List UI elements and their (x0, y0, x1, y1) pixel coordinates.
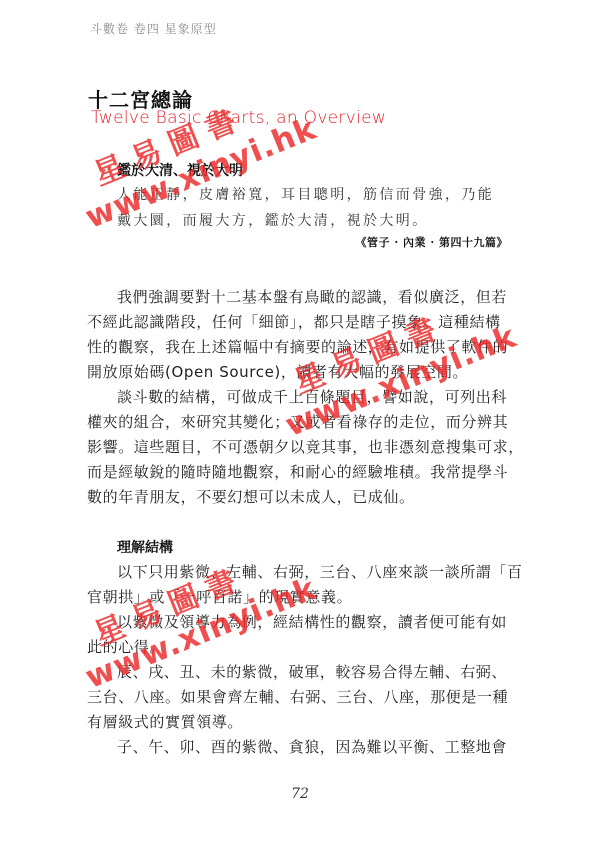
epigraph-line: 戴大圜，而履大方，鑑於大清，視於大明。 (117, 210, 429, 230)
body-line: 以下只用紫微、左輔、右弼，三台、八座來談一談所謂「百 (87, 561, 537, 582)
body-line: 性的觀察，我在上述篇幅中有摘要的論述，有如提供了軟件的 (87, 336, 507, 357)
body-line: 三台、八座。如果會齊左輔、右弼、三台、八座，那便是一種 (87, 686, 507, 707)
body-line: 談斗數的結構，可做成千上百條題目，譬如說，可列出科 (87, 386, 537, 407)
body-line: 影響。這些題目，不可憑朝夕以竟其事，也非憑刻意搜集可求， (87, 436, 507, 457)
body-line: 辰、戌、丑、未的紫微，破軍，較容易合得左輔、右弼、 (87, 661, 537, 682)
epigraph-line: 人能正靜，皮膚裕寬，耳目聰明，筋信而骨強，乃能 (117, 184, 494, 204)
running-header: 斗數卷 卷四 星象原型 (90, 20, 217, 37)
body-line: 此的心得。 (87, 636, 507, 657)
body-line: 官朝拱」或「一呼百諾」的現實意義。 (87, 586, 507, 607)
epigraph-title: 鑑於大清、視於大明 (117, 160, 243, 180)
chapter-subtitle: Twelve Basic Charts, an Overview (91, 108, 386, 128)
body-line: 權夾的組合，來研究其變化；又或者看祿存的走位，而分辨其 (87, 411, 507, 432)
body-line: 以紫微及領導力為例，經結構性的觀察，讀者便可能有如 (87, 611, 537, 632)
body-line: 子、午、卯、酉的紫微、貪狼，因為難以平衡、工整地會 (87, 736, 537, 757)
epigraph-source: 《管子 · 內業 · 第四十九篇》 (356, 234, 508, 250)
body-line: 有層級式的實質領導。 (87, 711, 507, 732)
body-line: 不經此認識階段，任何「細節」，都只是瞎子摸象。這種結構 (87, 311, 507, 332)
section-heading: 理解結構 (117, 537, 173, 557)
body-line: 開放原始碼(Open Source)，讀者有大幅的發展空間。 (87, 361, 507, 382)
body-line: 數的年青朋友，不要幻想可以未成人，已成仙。 (87, 486, 507, 507)
page-number: 72 (0, 786, 600, 802)
body-line: 而是經敏銳的隨時隨地觀察，和耐心的經驗堆積。我常提學斗 (87, 461, 507, 482)
body-line: 我們強調要對十二基本盤有鳥瞰的認識，看似廣泛，但若 (87, 286, 537, 307)
